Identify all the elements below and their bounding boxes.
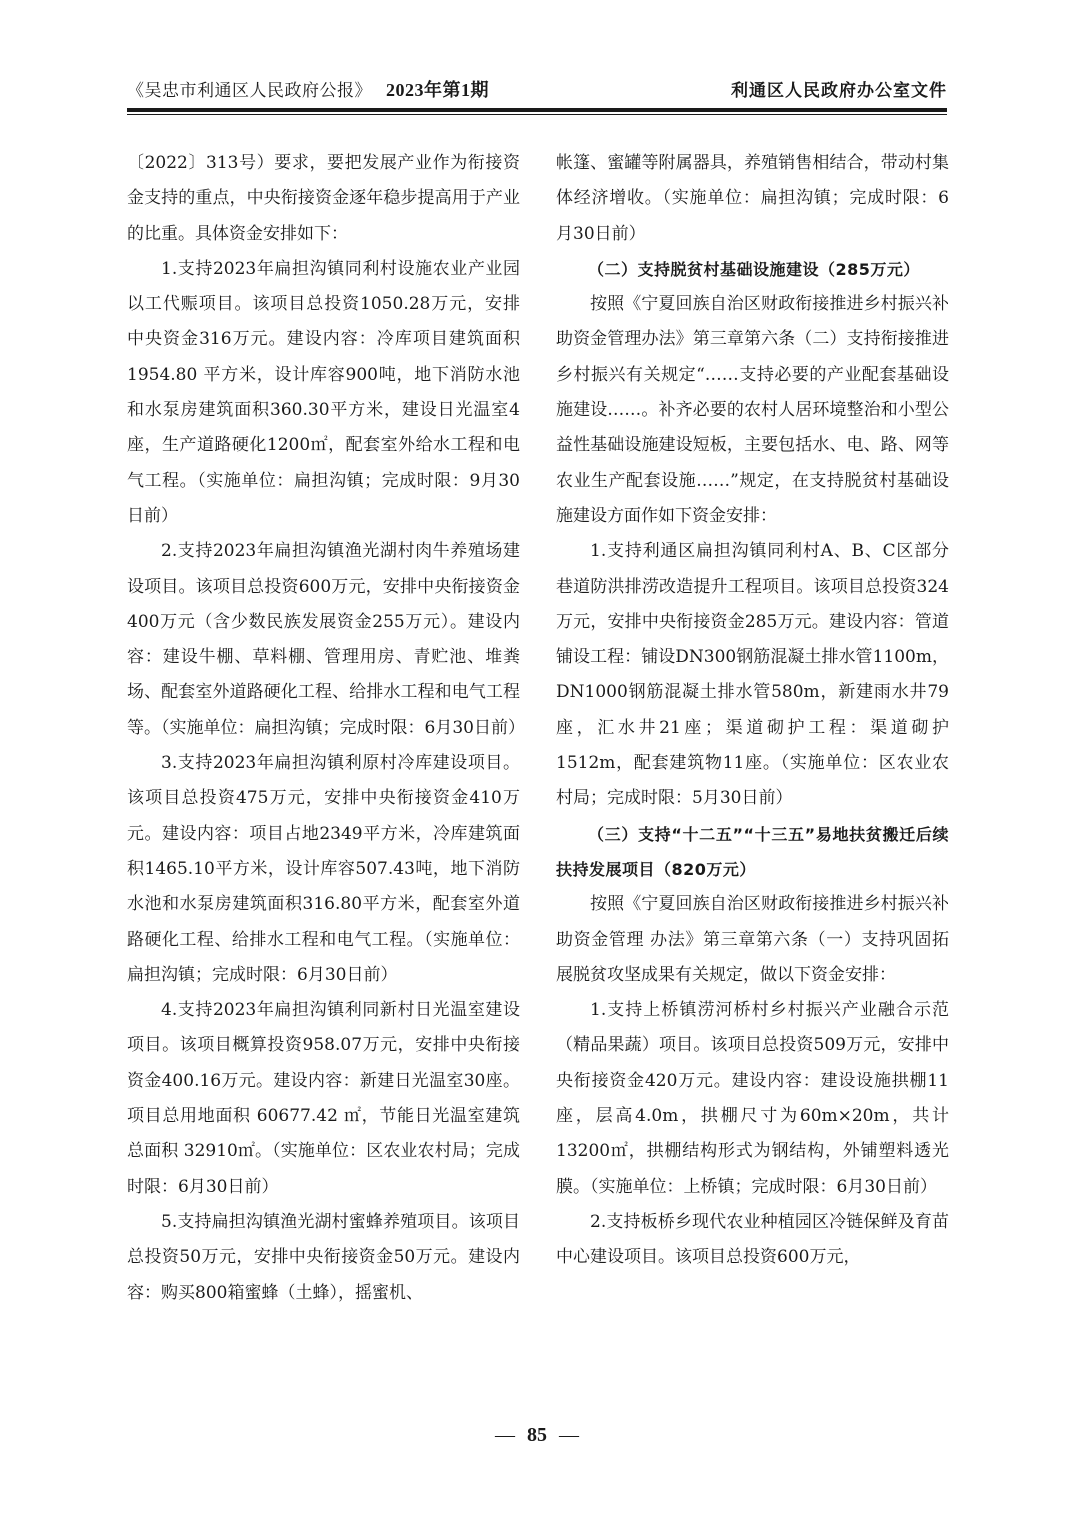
footer-dash-left: — [495, 1424, 515, 1446]
paragraph: 1.支持上桥镇涝河桥村乡村振兴产业融合示范（精品果蔬）项目。该项目总投资509万… [556, 993, 949, 1205]
header-rule-thick [127, 108, 947, 112]
paragraph: 2.支持板桥乡现代农业种植园区冷链保鲜及育苗中心建设项目。该项目总投资600万元… [556, 1205, 949, 1276]
page-number: 85 [527, 1424, 547, 1446]
header-rule-thin [127, 114, 947, 115]
paragraph: 1.支持利通区扁担沟镇同利村A、B、C区部分巷道防洪排涝改造提升工程项目。该项目… [556, 534, 949, 816]
paragraph: 2.支持2023年扁担沟镇渔光湖村肉牛养殖场建设项目。该项目总投资600万元，安… [127, 534, 520, 746]
paragraph: 5.支持扁担沟镇渔光湖村蜜蜂养殖项目。该项目总投资50万元，安排中央衔接资金50… [127, 1205, 520, 1311]
page-header: 《吴忠市利通区人民政府公报》2023年第1期 利通区人民政府办公室文件 [127, 76, 947, 106]
issue-number: 2023年第1期 [386, 80, 489, 100]
paragraph: 〔2022〕313号）要求，要把发展产业作为衔接资金支持的重点，中央衔接资金逐年… [127, 146, 520, 252]
header-section: 利通区人民政府办公室文件 [731, 76, 947, 101]
right-column: 帐篷、蜜罐等附属器具，养殖销售相结合，带动村集体经济增收。（实施单位：扁担沟镇；… [556, 146, 949, 1276]
paragraph: 1.支持2023年扁担沟镇同利村设施农业产业园以工代赈项目。该项目总投资1050… [127, 252, 520, 534]
section-heading: （三）支持“十二五”“十三五”易地扶贫搬迁后续扶持发展项目（820万元） [556, 817, 949, 888]
section-heading: （二）支持脱贫村基础设施建设（285万元） [556, 252, 949, 287]
paragraph: 帐篷、蜜罐等附属器具，养殖销售相结合，带动村集体经济增收。（实施单位：扁担沟镇；… [556, 146, 949, 252]
paragraph: 按照《宁夏回族自治区财政衔接推进乡村振兴补助资金管理 办法》第三章第六条（一）支… [556, 887, 949, 993]
paragraph: 4.支持2023年扁担沟镇利同新村日光温室建设项目。该项目概算投资958.07万… [127, 993, 520, 1205]
paragraph: 3.支持2023年扁担沟镇利原村冷库建设项目。该项目总投资475万元，安排中央衔… [127, 746, 520, 993]
paragraph: 按照《宁夏回族自治区财政衔接推进乡村振兴补助资金管理办法》第三章第六条（二）支持… [556, 287, 949, 534]
page-footer: —85— [0, 1424, 1074, 1447]
publication-title: 《吴忠市利通区人民政府公报》 [127, 81, 372, 101]
header-publication-block: 《吴忠市利通区人民政府公报》2023年第1期 [127, 76, 489, 102]
footer-dash-right: — [559, 1424, 579, 1446]
left-column: 〔2022〕313号）要求，要把发展产业作为衔接资金支持的重点，中央衔接资金逐年… [127, 146, 520, 1311]
